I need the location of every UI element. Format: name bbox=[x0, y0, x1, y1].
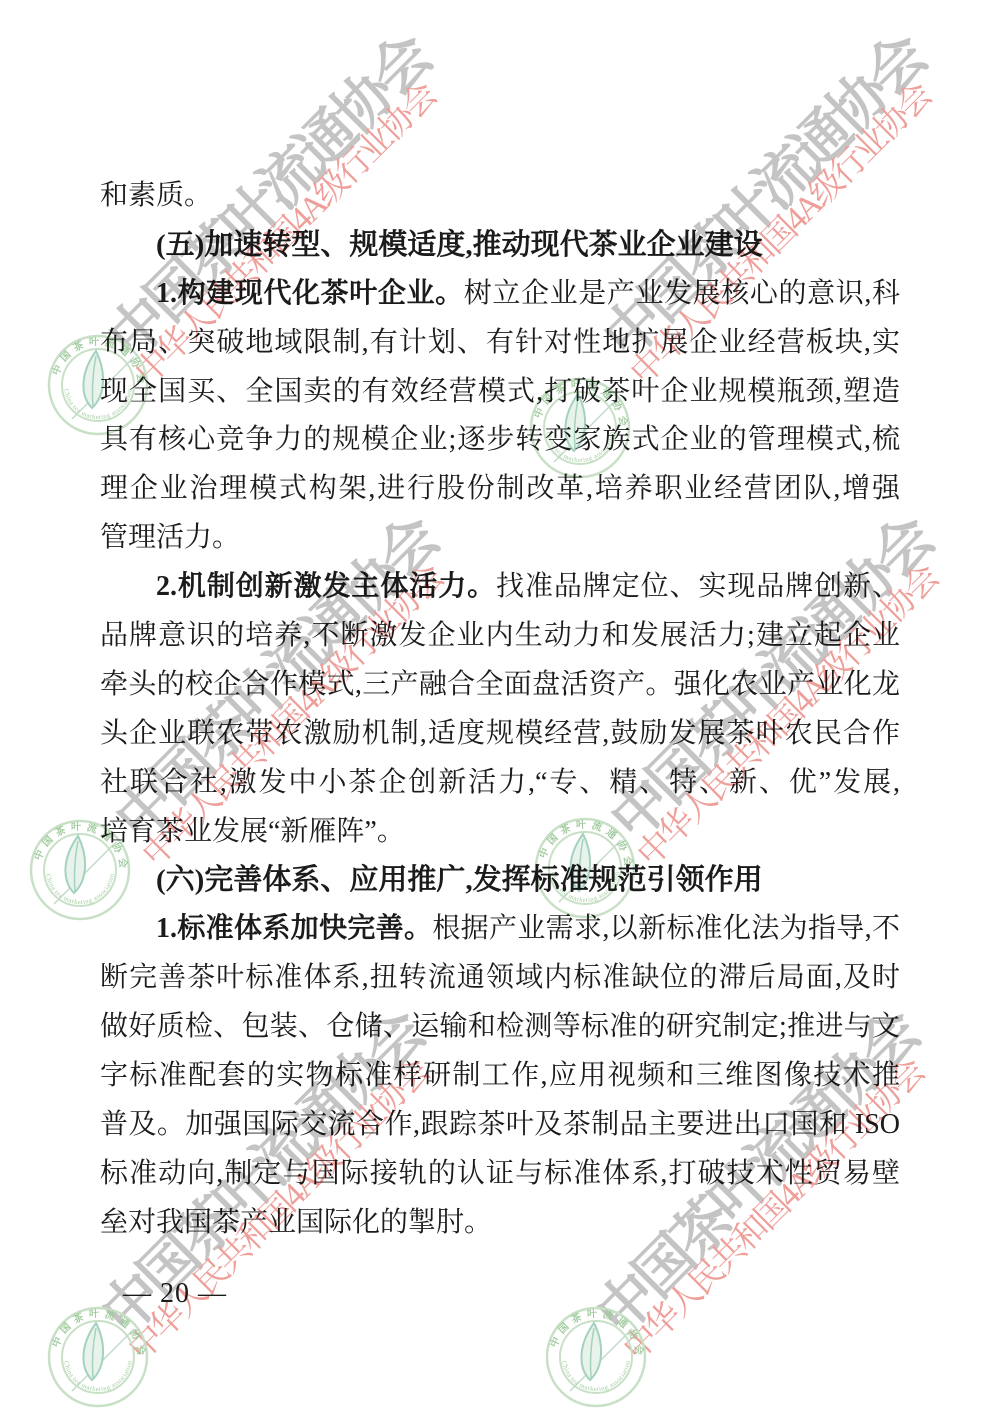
document-line: 1.构建现代化茶叶企业。树立企业是产业发展核心的意识,科学 bbox=[100, 270, 900, 319]
document-line: 1.标准体系加快完善。根据产业需求,以新标准化法为指导,不 bbox=[100, 905, 900, 954]
section-heading: (五)加速转型、规模适度,推动现代茶业企业建设 bbox=[100, 221, 900, 270]
document-line: 牵头的校企合作模式,三产融合全面盘活资产。强化农业产业化龙 bbox=[100, 661, 900, 710]
document-line: 标准动向,制定与国际接轨的认证与标准体系,打破技术性贸易壁 bbox=[100, 1150, 900, 1199]
page-number: — 20 — bbox=[120, 1278, 230, 1310]
document-body: 和素质。(五)加速转型、规模适度,推动现代茶业企业建设1.构建现代化茶叶企业。树… bbox=[100, 172, 900, 1248]
document-line: 社联合社,激发中小茶企创新活力,“专、精、特、新、优”发展, bbox=[100, 759, 900, 808]
association-seal-logo: 中国茶叶流通协会China tea marketing association bbox=[544, 1305, 648, 1414]
document-page: 和素质。(五)加速转型、规模适度,推动现代茶业企业建设1.构建现代化茶叶企业。树… bbox=[0, 0, 1000, 1414]
document-line: 布局、突破地域限制,有计划、有针对性地扩展企业经营板块,实 bbox=[100, 319, 900, 368]
document-line: 培育茶业发展“新雁阵”。 bbox=[100, 808, 900, 857]
document-line: 字标准配套的实物标准样研制工作,应用视频和三维图像技术推广、 bbox=[100, 1052, 900, 1101]
document-line: 垒对我国茶产业国际化的掣肘。 bbox=[100, 1199, 900, 1248]
section-heading: (六)完善体系、应用推广,发挥标准规范引领作用 bbox=[100, 856, 900, 905]
tea-leaf-seal-icon: 中国茶叶流通协会China tea marketing association bbox=[544, 1305, 648, 1409]
tea-leaf-seal-icon: 中国茶叶流通协会China tea marketing association bbox=[46, 1305, 150, 1409]
document-line: 现全国买、全国卖的有效经营模式,打破茶叶企业规模瓶颈,塑造 bbox=[100, 368, 900, 417]
document-line: 品牌意识的培养,不断激发企业内生动力和发展活力;建立起企业 bbox=[100, 612, 900, 661]
association-seal-logo: 中国茶叶流通协会China tea marketing association bbox=[46, 1305, 150, 1414]
document-line: 头企业联农带农激励机制,适度规模经营,鼓励发展茶叶农民合作 bbox=[100, 710, 900, 759]
svg-text:中国茶叶流通协会: 中国茶叶流通协会 bbox=[49, 1307, 148, 1361]
document-line: 和素质。 bbox=[100, 172, 900, 221]
document-line: 普及。加强国际交流合作,跟踪茶叶及茶制品主要进出口国和 ISO bbox=[100, 1101, 900, 1150]
document-line: 断完善茶叶标准体系,扭转流通领域内标准缺位的滞后局面,及时 bbox=[100, 954, 900, 1003]
document-line: 2.机制创新激发主体活力。找准品牌定位、实现品牌创新、增强 bbox=[100, 563, 900, 612]
svg-text:China tea marketing associatio: China tea marketing association bbox=[62, 1359, 134, 1393]
document-line: 管理活力。 bbox=[100, 514, 900, 563]
svg-text:China tea marketing associatio: China tea marketing association bbox=[560, 1359, 632, 1393]
document-line: 具有核心竞争力的规模企业;逐步转变家族式企业的管理模式,梳 bbox=[100, 416, 900, 465]
svg-text:中国茶叶流通协会: 中国茶叶流通协会 bbox=[547, 1307, 646, 1361]
document-line: 理企业治理模式构架,进行股份制改革,培养职业经营团队,增强 bbox=[100, 465, 900, 514]
document-line: 做好质检、包装、仓储、运输和检测等标准的研究制定;推进与文 bbox=[100, 1003, 900, 1052]
